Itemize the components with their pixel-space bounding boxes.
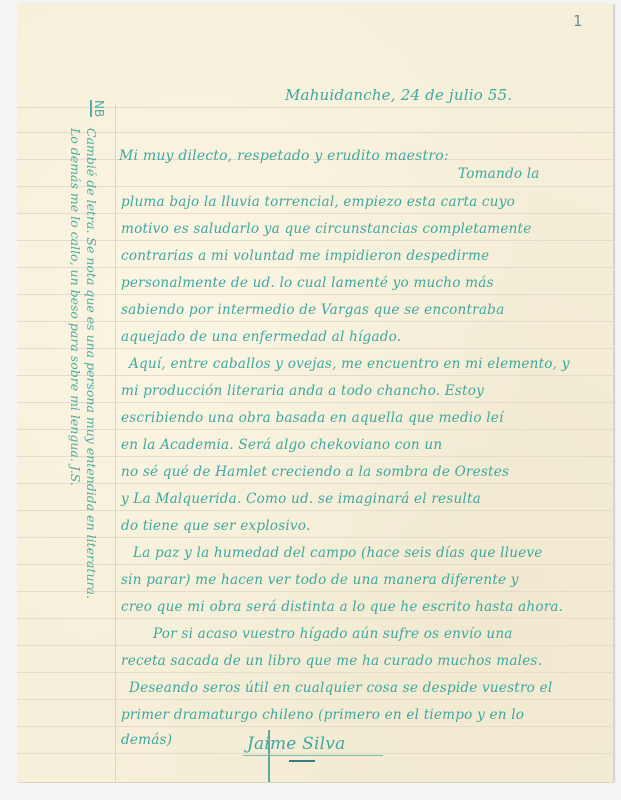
signature: Jaime Silva	[247, 734, 345, 754]
letter-line: no sé qué de Hamlet creciendo a la sombr…	[121, 464, 509, 480]
letter-line: pluma bajo la lluvia torrencial, empiezo…	[121, 194, 515, 210]
letter-line: Por si acaso vuestro hígado aún sufre os…	[153, 626, 513, 642]
letter-line: mi producción literaria anda a todo chan…	[121, 383, 484, 399]
ruled-line	[17, 510, 613, 511]
letter-line: do tiene que ser explosivo.	[121, 518, 310, 534]
letter-line: sabiendo por intermedio de Vargas que se…	[121, 302, 504, 318]
ruled-line	[17, 267, 613, 268]
ruled-line	[17, 107, 613, 108]
ruled-line	[17, 321, 613, 322]
letter-line: escribiendo una obra basada en aquella q…	[121, 410, 504, 426]
margin-note-line: Lo demás me lo callo, un beso para sobre…	[68, 128, 83, 486]
salutation: Mi muy dilecto, respetado y erudito maes…	[119, 148, 449, 164]
ruled-line	[17, 483, 613, 484]
letter-line: demás)	[121, 732, 172, 748]
letter-line: aquejado de una enfermedad al hígado.	[121, 329, 401, 345]
ruled-line	[17, 726, 613, 727]
letter-line: La paz y la humedad del campo (hace seis…	[133, 545, 543, 561]
ruled-line	[17, 348, 613, 349]
ruled-line	[17, 699, 613, 700]
ruled-line	[17, 672, 613, 673]
ruled-line	[17, 132, 613, 133]
letter-line: creo que mi obra será distinta a lo que …	[121, 599, 563, 615]
letter-line: sin parar) me hacen ver todo de una mane…	[121, 572, 519, 588]
letter-paper: 1 Mahuidanche, 24 de julio 55. Mi muy di…	[17, 4, 613, 782]
signature-flourish	[243, 755, 383, 756]
ruled-line	[17, 213, 613, 214]
place-and-date: Mahuidanche, 24 de julio 55.	[285, 86, 512, 104]
ruled-line	[17, 294, 613, 295]
letter-line: Aquí, entre caballos y ovejas, me encuen…	[129, 356, 570, 372]
letter-line: primer dramaturgo chileno (primero en el…	[121, 707, 524, 723]
ruled-line	[17, 456, 613, 457]
page-number: 1	[573, 12, 583, 30]
letter-line: personalmente de ud. lo cual lamenté yo …	[121, 275, 494, 291]
ruled-line	[17, 402, 613, 403]
ruled-line	[17, 645, 613, 646]
ruled-line	[17, 618, 613, 619]
letter-line: contrarias a mi voluntad me impidieron d…	[121, 248, 489, 264]
ruled-line	[17, 591, 613, 592]
ruled-line	[17, 564, 613, 565]
signature-dash	[289, 760, 315, 762]
scanned-page: 1 Mahuidanche, 24 de julio 55. Mi muy di…	[0, 0, 621, 800]
letter-line: motivo es saludarlo ya que circunstancia…	[121, 221, 531, 237]
ruled-line	[17, 375, 613, 376]
margin-note-line: Cambié de letra. Se nota que es una pers…	[84, 128, 99, 599]
ruled-line	[17, 429, 613, 430]
nb-label: NB	[90, 100, 105, 117]
signature-flourish	[268, 730, 270, 782]
margin-rule	[115, 104, 116, 782]
letter-line: y La Malquerida. Como ud. se imaginará e…	[121, 491, 481, 507]
ruled-line	[17, 537, 613, 538]
letter-line: Tomando la	[458, 166, 540, 182]
letter-line: receta sacada de un libro que me ha cura…	[121, 653, 542, 669]
letter-line: Deseando seros útil en cualquier cosa se…	[129, 680, 552, 696]
letter-line: en la Academia. Será algo chekoviano con…	[121, 437, 442, 453]
ruled-line	[17, 186, 613, 187]
ruled-line	[17, 240, 613, 241]
